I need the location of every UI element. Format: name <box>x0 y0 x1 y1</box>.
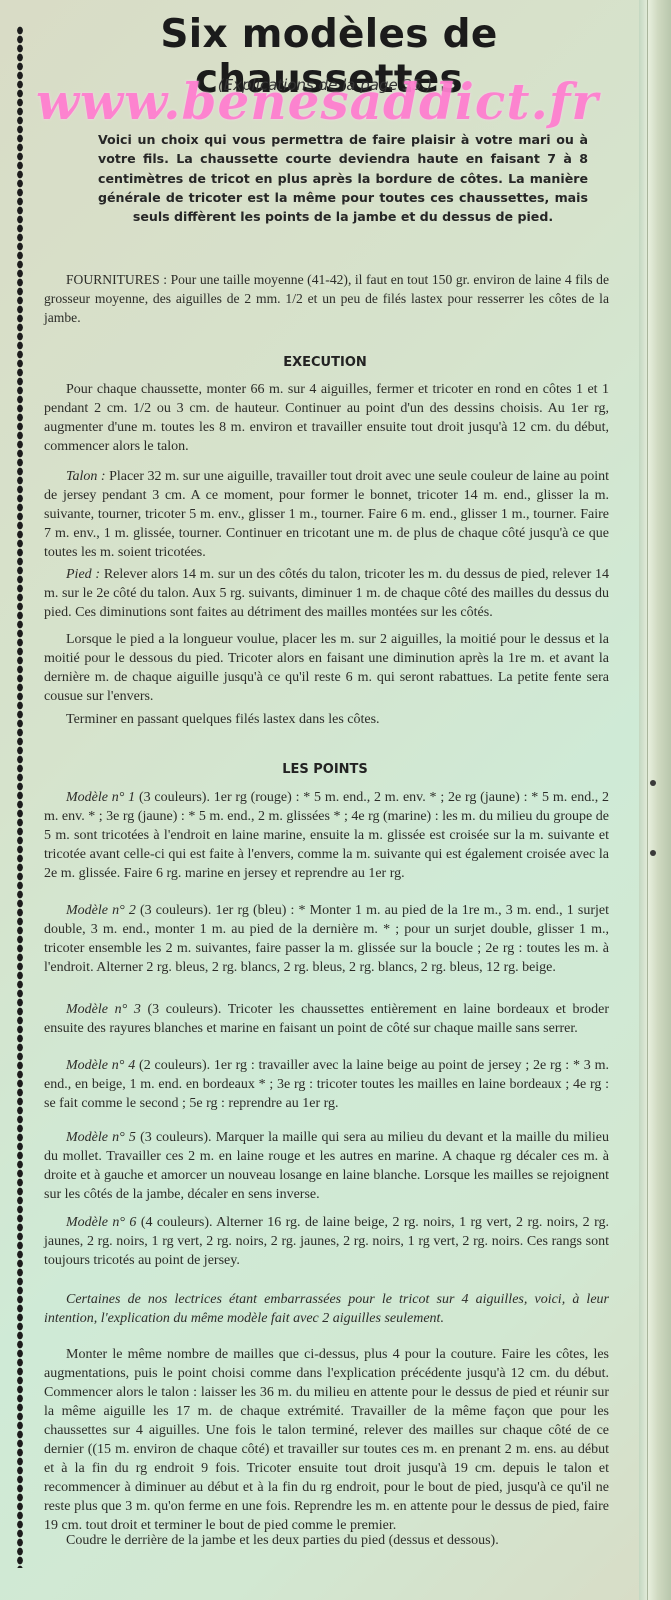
model-3-paragraph: Modèle n° 3 (3 couleurs). Tricoter les c… <box>44 1000 609 1038</box>
coudre-paragraph: Coudre le derrière de la jambe et les de… <box>44 1531 609 1550</box>
model-label: Modèle n° 6 <box>66 1215 136 1230</box>
execution-text: Pour chaque chaussette, monter 66 m. sur… <box>44 382 609 454</box>
pied-label: Pied : <box>66 567 100 582</box>
two-needles-text: Monter le même nombre de mailles que ci-… <box>44 1347 609 1533</box>
model-label: Modèle n° 2 <box>66 903 136 918</box>
model-label: Modèle n° 3 <box>66 1002 141 1017</box>
fournitures-paragraph: FOURNITURES : Pour une taille moyenne (4… <box>44 270 609 327</box>
model-6-paragraph: Modèle n° 6 (4 couleurs). Alterner 16 rg… <box>44 1213 609 1270</box>
model-1-paragraph: Modèle n° 1 (3 couleurs). 1er rg (rouge)… <box>44 788 609 883</box>
page-edge <box>639 0 671 1600</box>
talon-text: Placer 32 m. sur une aiguille, travaille… <box>44 469 609 560</box>
pied-text: Relever alors 14 m. sur un des côtés du … <box>44 567 609 620</box>
decorative-rope-border <box>16 26 24 1568</box>
section-title-execution: EXECUTION <box>40 355 610 370</box>
model-label: Modèle n° 5 <box>66 1130 136 1145</box>
model-2-paragraph: Modèle n° 2 (3 couleurs). 1er rg (bleu) … <box>44 901 609 977</box>
two-needles-note: Certaines de nos lectrices étant embarra… <box>44 1290 609 1328</box>
terminer-text: Terminer en passant quelques filés laste… <box>66 712 380 727</box>
intro-paragraph: Voici un choix qui vous permettra de fai… <box>98 130 588 226</box>
binding-hole-mark <box>650 850 656 856</box>
two-needles-paragraph: Monter le même nombre de mailles que ci-… <box>44 1345 609 1535</box>
model-5-paragraph: Modèle n° 5 (3 couleurs). Marquer la mai… <box>44 1128 609 1204</box>
pied-paragraph: Pied : Relever alors 14 m. sur un des cô… <box>44 565 609 622</box>
model-label: Modèle n° 4 <box>66 1058 135 1073</box>
fournitures-text: FOURNITURES : Pour une taille moyenne (4… <box>44 272 609 325</box>
lorsque-text: Lorsque le pied a la longueur voulue, pl… <box>44 632 609 704</box>
section-title-points: LES POINTS <box>40 762 610 777</box>
binding-hole-mark <box>650 780 656 786</box>
model-4-paragraph: Modèle n° 4 (2 couleurs). 1er rg : trava… <box>44 1056 609 1113</box>
talon-label: Talon : <box>66 469 106 484</box>
coudre-text: Coudre le derrière de la jambe et les de… <box>66 1533 499 1548</box>
note-text: Certaines de nos lectrices étant embarra… <box>44 1292 609 1326</box>
model-label: Modèle n° 1 <box>66 790 135 805</box>
execution-paragraph: Pour chaque chaussette, monter 66 m. sur… <box>44 380 609 456</box>
terminer-paragraph: Terminer en passant quelques filés laste… <box>44 710 609 729</box>
lorsque-paragraph: Lorsque le pied a la longueur voulue, pl… <box>44 630 609 706</box>
talon-paragraph: Talon : Placer 32 m. sur une aiguille, t… <box>44 467 609 562</box>
watermark: www.benesaddict.fr <box>36 72 636 131</box>
